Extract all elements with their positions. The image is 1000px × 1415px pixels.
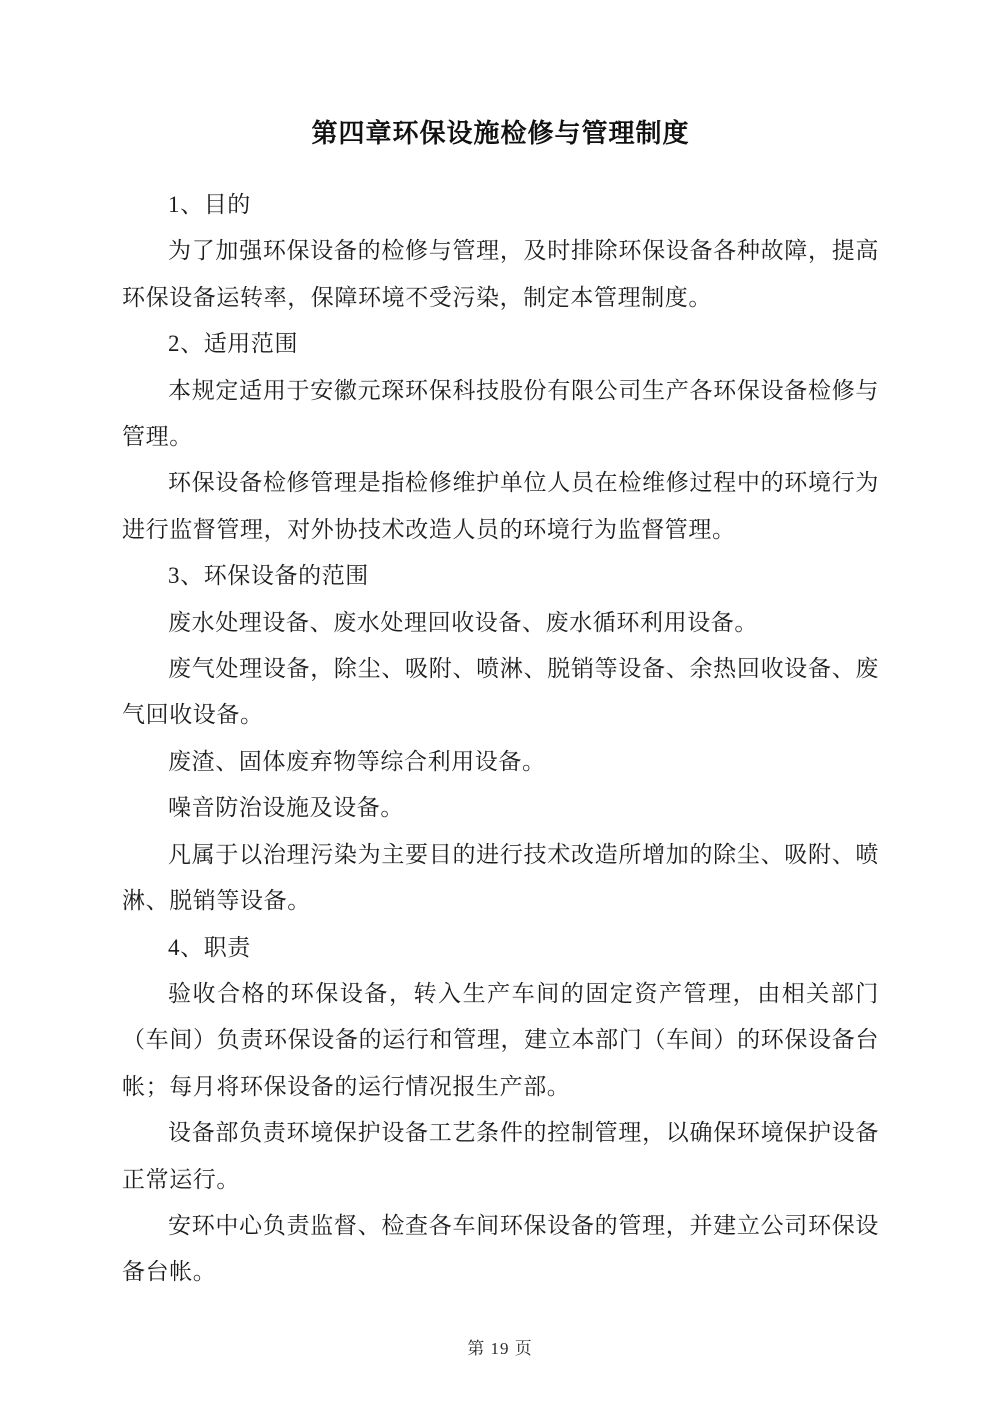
paragraph: 3、环保设备的范围 [122,553,879,599]
document-body: 1、目的为了加强环保设备的检修与管理，及时排除环保设备各种故障，提高环保设备运转… [122,182,879,1296]
paragraph: 噪音防治设施及设备。 [122,785,879,831]
document-page: 第四章环保设施检修与管理制度 1、目的为了加强环保设备的检修与管理，及时排除环保… [0,0,1000,1415]
paragraph: 4、职责 [122,925,879,971]
page-number: 第 19 页 [0,1339,1000,1359]
paragraph: 2、适用范围 [122,321,879,367]
page-title: 第四章环保设施检修与管理制度 [122,112,879,156]
paragraph: 废水处理设备、废水处理回收设备、废水循环利用设备。 [122,600,879,646]
paragraph: 本规定适用于安徽元琛环保科技股份有限公司生产各环保设备检修与管理。 [122,368,879,461]
paragraph: 凡属于以治理污染为主要目的进行技术改造所增加的除尘、吸附、喷淋、脱销等设备。 [122,832,879,925]
paragraph: 验收合格的环保设备，转入生产车间的固定资产管理，由相关部门（车间）负责环保设备的… [122,971,879,1110]
paragraph: 废渣、固体废弃物等综合利用设备。 [122,739,879,785]
paragraph: 1、目的 [122,182,879,228]
paragraph: 设备部负责环境保护设备工艺条件的控制管理，以确保环境保护设备正常运行。 [122,1110,879,1203]
paragraph: 安环中心负责监督、检查各车间环保设备的管理，并建立公司环保设备台帐。 [122,1203,879,1296]
paragraph: 废气处理设备，除尘、吸附、喷淋、脱销等设备、余热回收设备、废气回收设备。 [122,646,879,739]
paragraph: 为了加强环保设备的检修与管理，及时排除环保设备各种故障，提高环保设备运转率，保障… [122,228,879,321]
paragraph: 环保设备检修管理是指检修维护单位人员在检维修过程中的环境行为进行监督管理，对外协… [122,460,879,553]
document-content: 第四章环保设施检修与管理制度 1、目的为了加强环保设备的检修与管理，及时排除环保… [122,112,879,1296]
